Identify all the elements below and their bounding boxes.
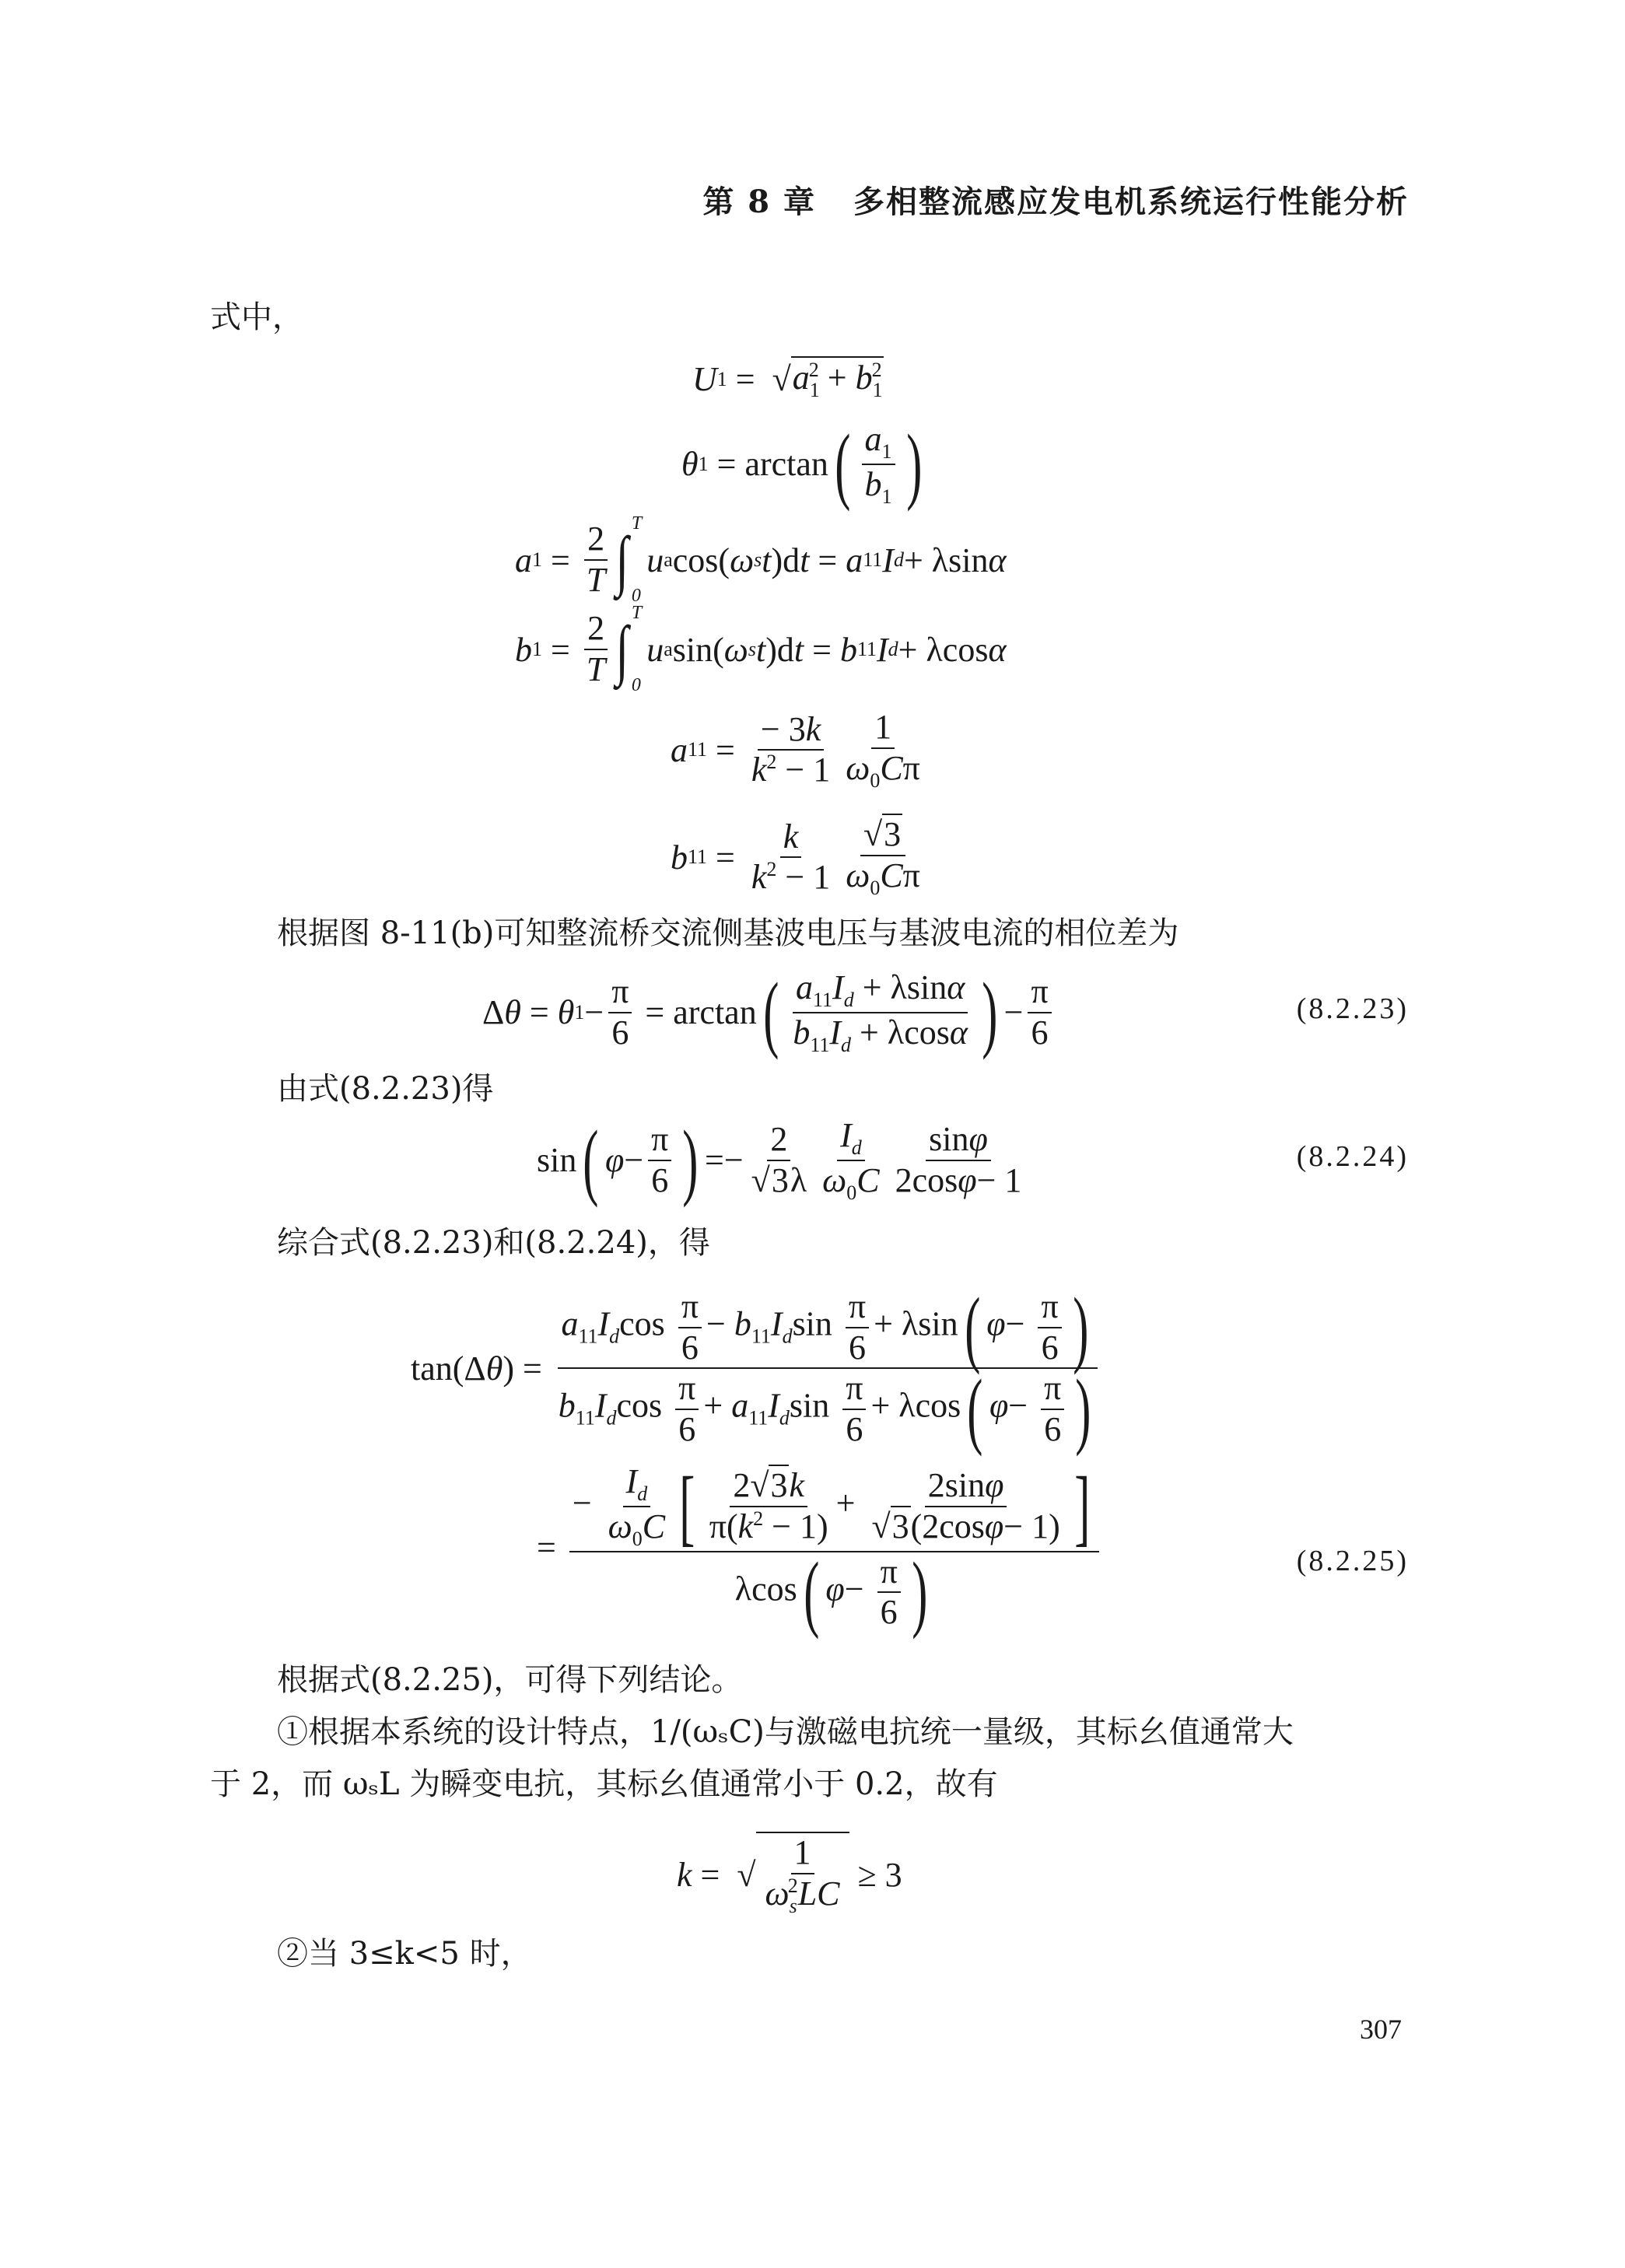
paragraph-conclusion: 根据式(8.2.25)，可得下列结论。 <box>277 1657 742 1703</box>
equation-u1: U1 = √a12 + b12 <box>692 356 884 402</box>
item-1-line-2: 于 2，而 ωₛL 为瞬变电抗，其标幺值通常小于 0.2，故有 <box>210 1761 998 1808</box>
equation-theta1: θ1 = arctan(a1b1) <box>681 420 928 509</box>
running-header: 第 8 章多相整流感应发电机系统运行性能分析 <box>702 177 1409 222</box>
equation-k: k = √1ωs2LC ≥ 3 <box>677 1832 902 1917</box>
paragraph-phase: 根据图 8-11(b)可知整流桥交流侧基波电压与基波电流的相位差为 <box>277 910 1178 957</box>
item-2: ②当 3≤k<5 时， <box>277 1930 532 1977</box>
equation-8-2-25-line1: tan(Δθ) = a11Idcos π6− b11Idsin π6+ λsin… <box>411 1287 1105 1449</box>
equation-b1: b1 = 2T∫T0uasin(ωst)dt = b11Id + λcosα <box>515 603 1007 696</box>
chapter-label: 第 8 章 <box>702 184 816 220</box>
intro-text: 式中， <box>210 294 303 341</box>
equation-8-2-23: Δθ = θ1 − π6 = arctan(a11Id + λsinαb11Id… <box>482 968 1056 1057</box>
page-number: 307 <box>1360 2013 1402 2046</box>
paragraph-from: 由式(8.2.23)得 <box>277 1066 493 1112</box>
equation-a11: a11 = − 3kk2 − 11ω0Cπ <box>671 708 928 792</box>
equation-8-2-25-line2: = − Idω0C[2√3kπ(k2 − 1)+ 2sinφ√3(2cosφ− … <box>537 1462 1104 1633</box>
paragraph-combine: 综合式(8.2.23)和(8.2.24)，得 <box>277 1220 710 1266</box>
equation-b11: b11 = kk2 − 1√3ω0Cπ <box>671 815 928 899</box>
equation-number-8-2-23: (8.2.23) <box>1297 992 1409 1026</box>
item-1-line-1: ①根据本系统的设计特点，1/(ωₛC)与激磁电抗统一量级，其标幺值通常大 <box>277 1709 1294 1755</box>
chapter-title: 多相整流感应发电机系统运行性能分析 <box>853 184 1409 220</box>
equation-number-8-2-25: (8.2.25) <box>1297 1544 1409 1578</box>
equation-8-2-24: sin(φ− π6)=− 2√3λIdω0Csinφ2cosφ− 1 <box>537 1116 1029 1205</box>
equation-number-8-2-24: (8.2.24) <box>1297 1139 1409 1174</box>
equation-a1: a1 = 2T∫T0uacos(ωst)dt = a11Id + λsinα <box>515 513 1007 607</box>
